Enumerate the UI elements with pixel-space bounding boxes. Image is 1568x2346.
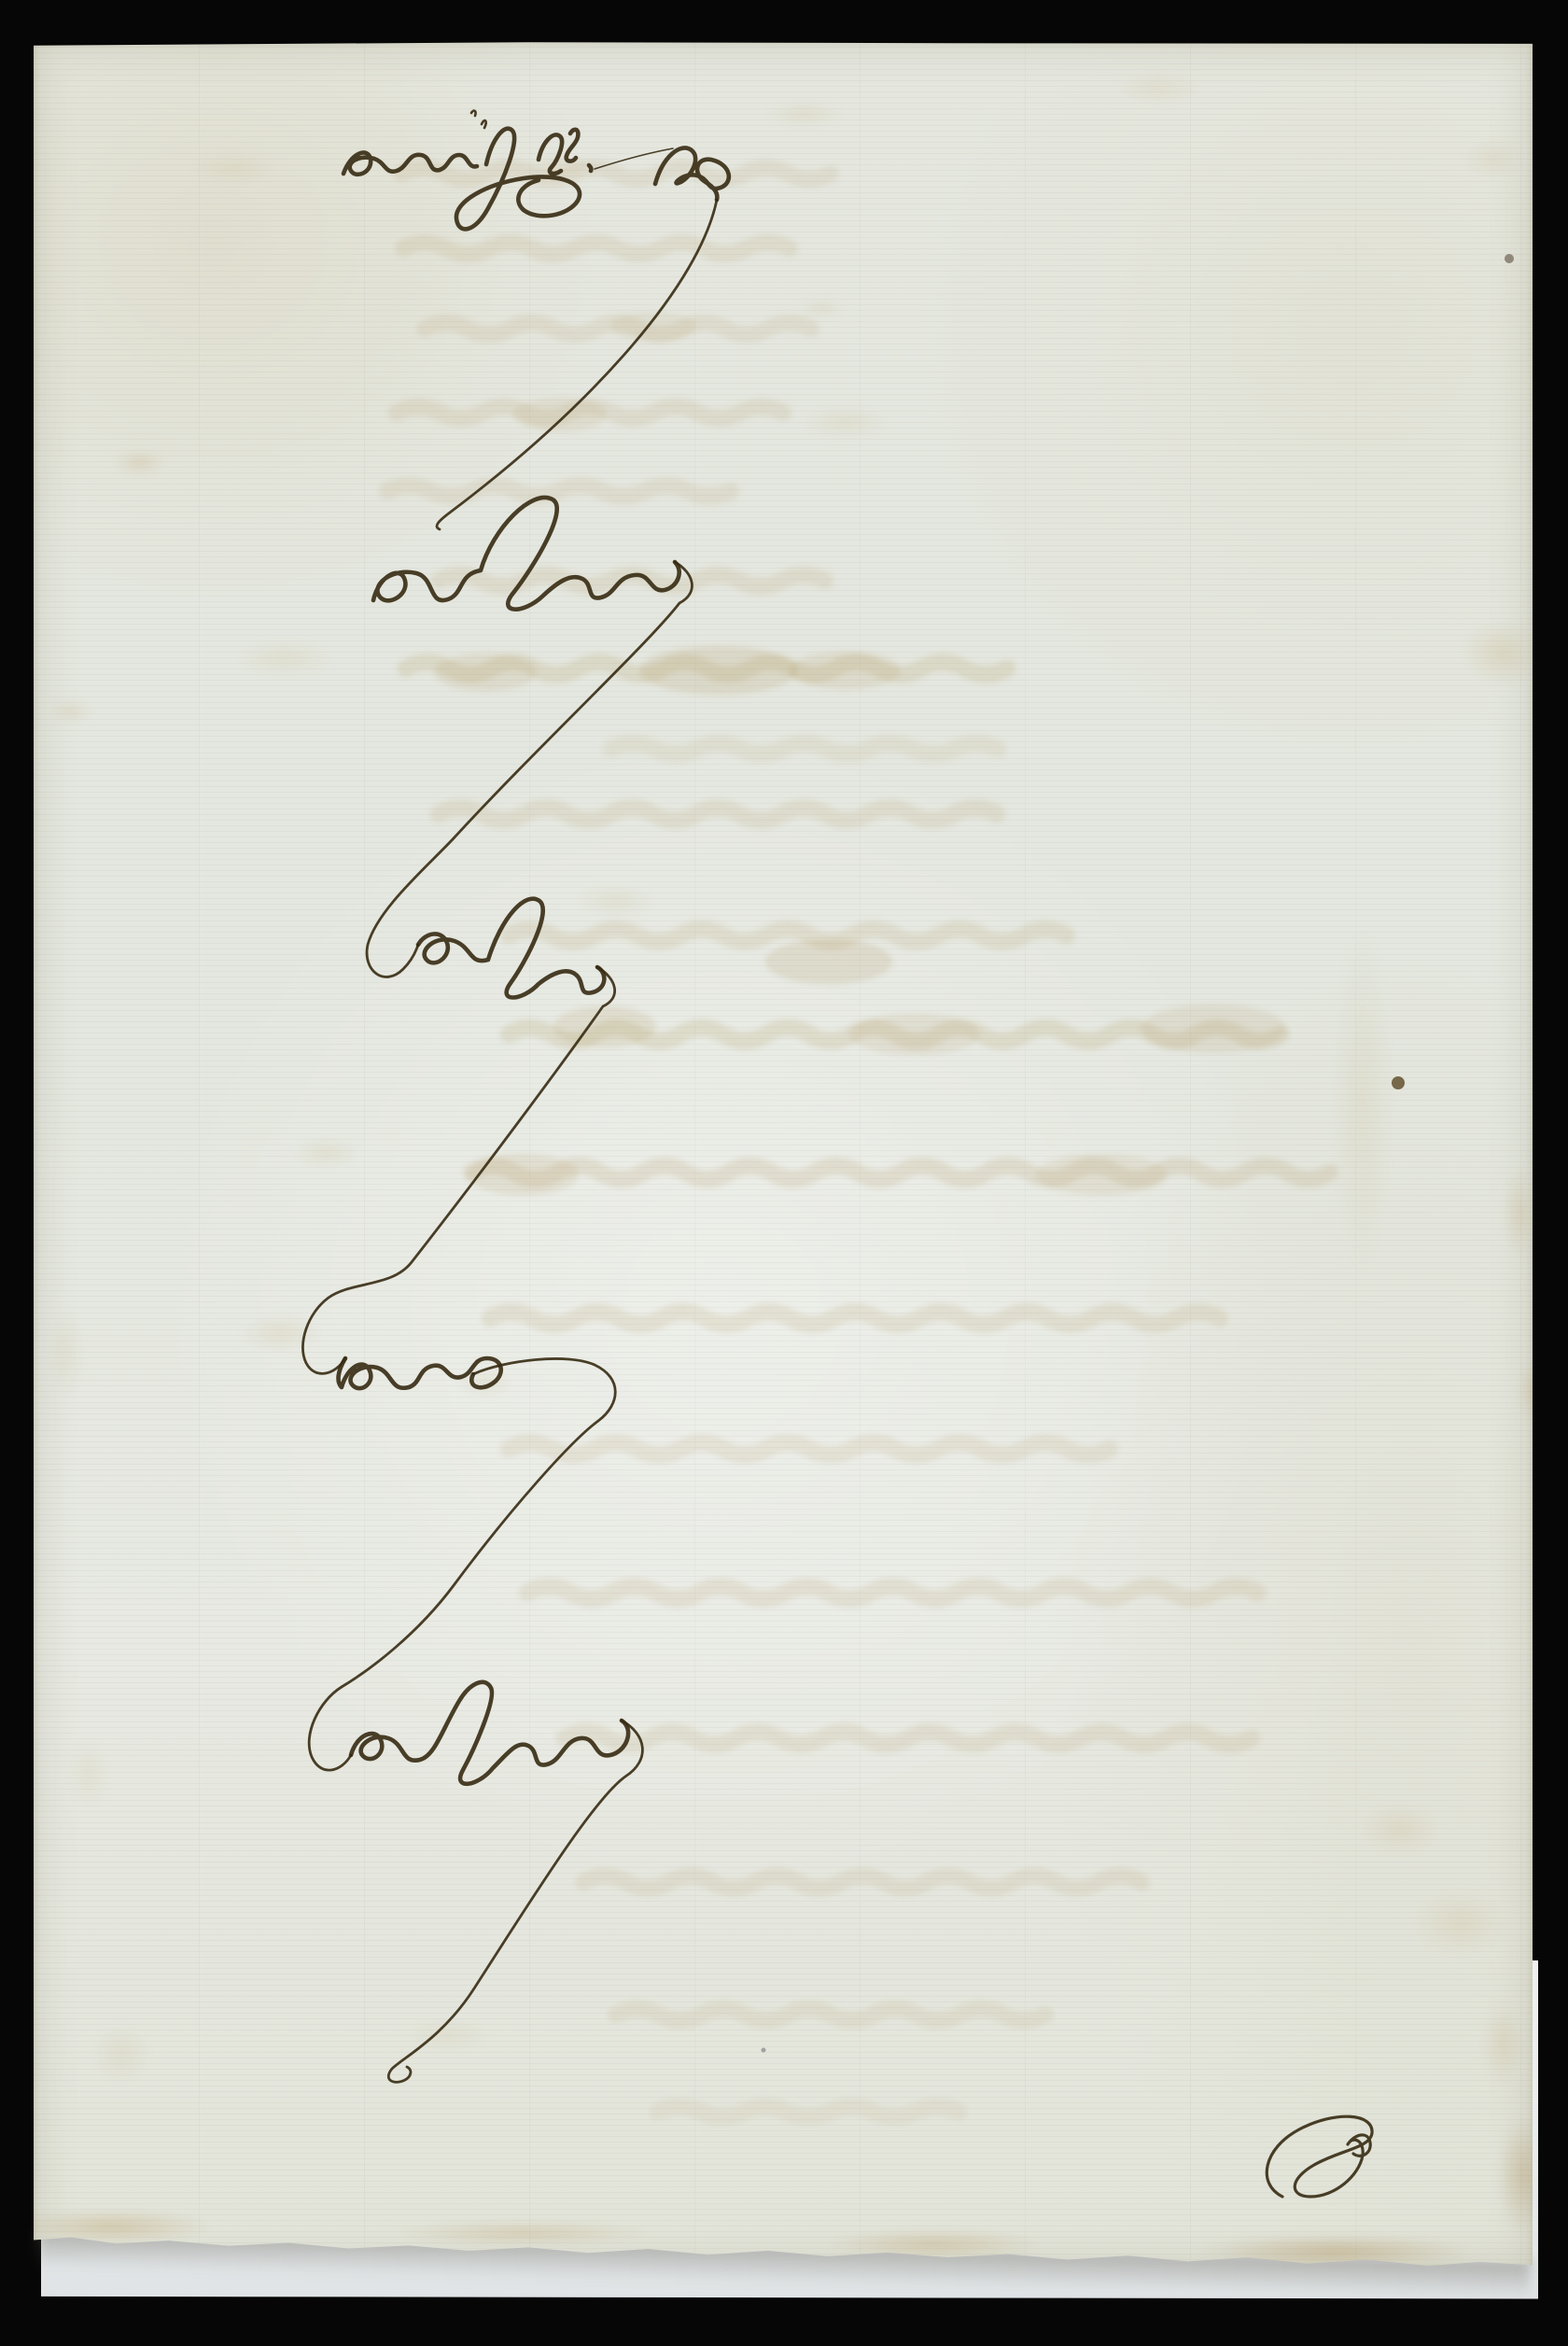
paper-stain (1323, 878, 1402, 1326)
paper-stain (1101, 70, 1213, 107)
paper-stain (565, 880, 667, 921)
paper-stain (61, 1727, 117, 1820)
paper-stain (448, 1367, 523, 1400)
paper-stain (41, 1298, 90, 1410)
paper-stain (1499, 1158, 1540, 1270)
paper-stain (517, 151, 603, 181)
paper-stain (229, 1309, 331, 1357)
paper-stain (355, 2216, 691, 2250)
paper-stain (753, 97, 856, 131)
paper-stain (108, 445, 172, 479)
paper-stain (1456, 134, 1531, 183)
stain-layer (34, 41, 1533, 2269)
paper-stain (1516, 1352, 1546, 1430)
paper-stain (42, 696, 98, 726)
paper-stain (392, 2013, 504, 2058)
paper-stain (793, 296, 849, 320)
photo-backdrop (0, 0, 1568, 2346)
paper-stain (84, 2016, 159, 2091)
paper-stain (1400, 1881, 1521, 1965)
paper-stain (224, 636, 345, 681)
paper-stain (1449, 611, 1552, 695)
paper-stain (0, 2204, 243, 2249)
paper-stain (177, 148, 289, 189)
paper-stain (1490, 2100, 1557, 2250)
manuscript-sheet (34, 41, 1533, 2269)
paper-stain (1475, 1988, 1531, 2100)
paper-stain (285, 1134, 369, 1172)
paper-stain (1349, 1797, 1451, 1862)
paper-stain (789, 401, 901, 443)
